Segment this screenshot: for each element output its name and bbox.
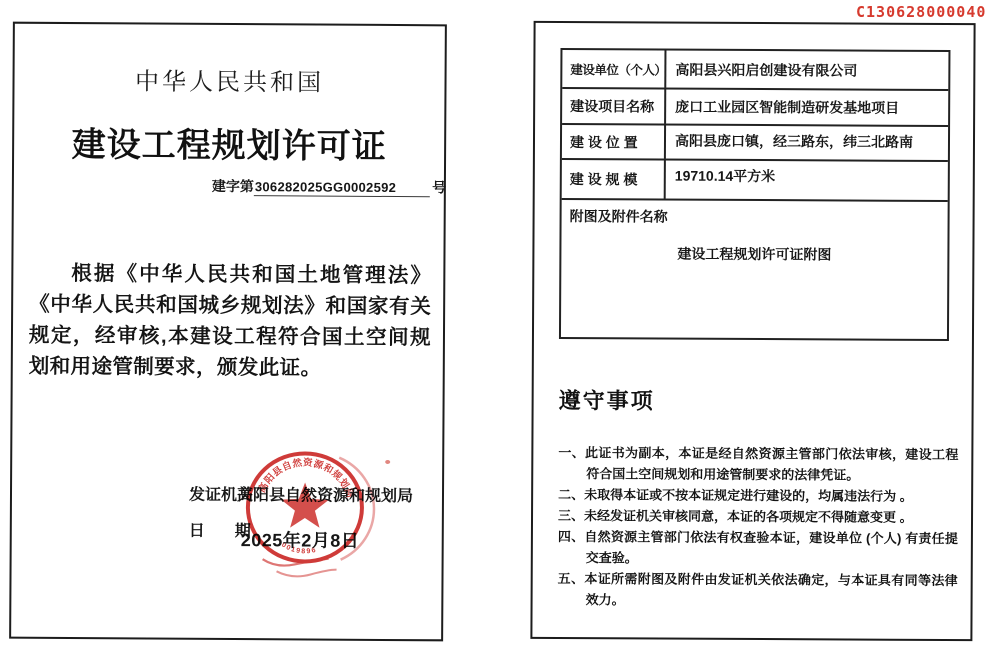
attachment-section: 附图及附件名称 建设工程规划许可证附图	[561, 200, 948, 339]
attachment-label: 附图及附件名称	[562, 200, 948, 228]
permit-detail-page: 建设单位（个人） 高阳县兴阳启创建设有限公司 建设项目名称 庞口工业园区智能制造…	[530, 21, 975, 641]
compliance-section: 遵守事项 一、此证书为副本，本证是经自然资源主管部门依法审核，建设工程符合国土空…	[558, 384, 959, 612]
document-serial-number: C130628000040	[856, 3, 986, 21]
row-label-project-name: 建设项目名称	[562, 89, 666, 124]
permit-statement: 根据《中华人民共和国土地管理法》《中华人民共和国城乡规划法》和国家有关规定，经审…	[29, 258, 432, 384]
row-value-project-name: 庞口工业园区智能制造研发基地项目	[666, 90, 948, 125]
compliance-list: 一、此证书为副本，本证是经自然资源主管部门依法审核，建设工程符合国土空间规划和用…	[558, 442, 959, 612]
permit-number-line: 建字第306282025GG0002592号	[212, 176, 446, 197]
official-seal-stamp: 高阳县自然资源和规划局 0019896	[218, 419, 391, 598]
row-value-scale: 19710.14平方米	[666, 161, 948, 200]
compliance-heading: 遵守事项	[559, 384, 959, 417]
row-label-location: 建 设 位 置	[562, 125, 666, 159]
project-info-table: 建设单位（个人） 高阳县兴阳启创建设有限公司 建设项目名称 庞口工业园区智能制造…	[559, 48, 951, 341]
permit-number: 306282025GG0002592	[254, 179, 430, 197]
seal-star-icon	[281, 482, 329, 527]
permit-number-suffix: 号	[432, 179, 446, 195]
table-row: 建设单位（个人） 高阳县兴阳启创建设有限公司	[562, 50, 948, 91]
date-label-left: 日	[189, 518, 205, 541]
compliance-item-4: 四、自然资源主管部门依法有权查验本证，建设单位 (个人) 有责任提交查验。	[558, 526, 958, 570]
scanned-permit-document: C130628000040 中华人民共和国 建设工程规划许可证 建字第30628…	[0, 0, 992, 657]
document-title: 建设工程规划许可证	[14, 117, 444, 169]
country-title: 中华人民共和国	[14, 61, 444, 99]
seal-serial-text: 0019896	[280, 541, 318, 555]
table-row: 建 设 规 模 19710.14平方米	[562, 160, 948, 202]
attachment-value: 建设工程规划许可证附图	[561, 243, 947, 265]
compliance-item-5: 五、本证所需附图及附件由发证机关依法确定，与本证具有同等法律效力。	[558, 568, 958, 612]
permit-cover-page: 中华人民共和国 建设工程规划许可证 建字第306282025GG0002592号…	[9, 22, 447, 642]
compliance-item-1: 一、此证书为副本，本证是经自然资源主管部门依法审核，建设工程符合国土空间规划和用…	[558, 442, 958, 486]
table-row: 建 设 位 置 高阳县庞口镇，经三路东，纬三北路南	[562, 125, 948, 162]
compliance-item-2: 二、未取得本证或不按本证规定进行建设的，均属违法行为 。	[558, 484, 958, 507]
compliance-item-3: 三、未经发证机关审核同意，本证的各项规定不得随意变更 。	[558, 505, 958, 528]
permit-number-prefix: 建字第	[212, 178, 254, 194]
row-value-construction-unit: 高阳县兴阳启创建设有限公司	[666, 51, 948, 89]
seal-smudge-2	[277, 569, 337, 576]
row-label-scale: 建 设 规 模	[562, 160, 666, 199]
row-value-location: 高阳县庞口镇，经三路东，纬三北路南	[666, 126, 948, 160]
row-label-construction-unit: 建设单位（个人）	[562, 50, 666, 88]
table-row: 建设项目名称 庞口工业园区智能制造研发基地项目	[562, 89, 948, 127]
